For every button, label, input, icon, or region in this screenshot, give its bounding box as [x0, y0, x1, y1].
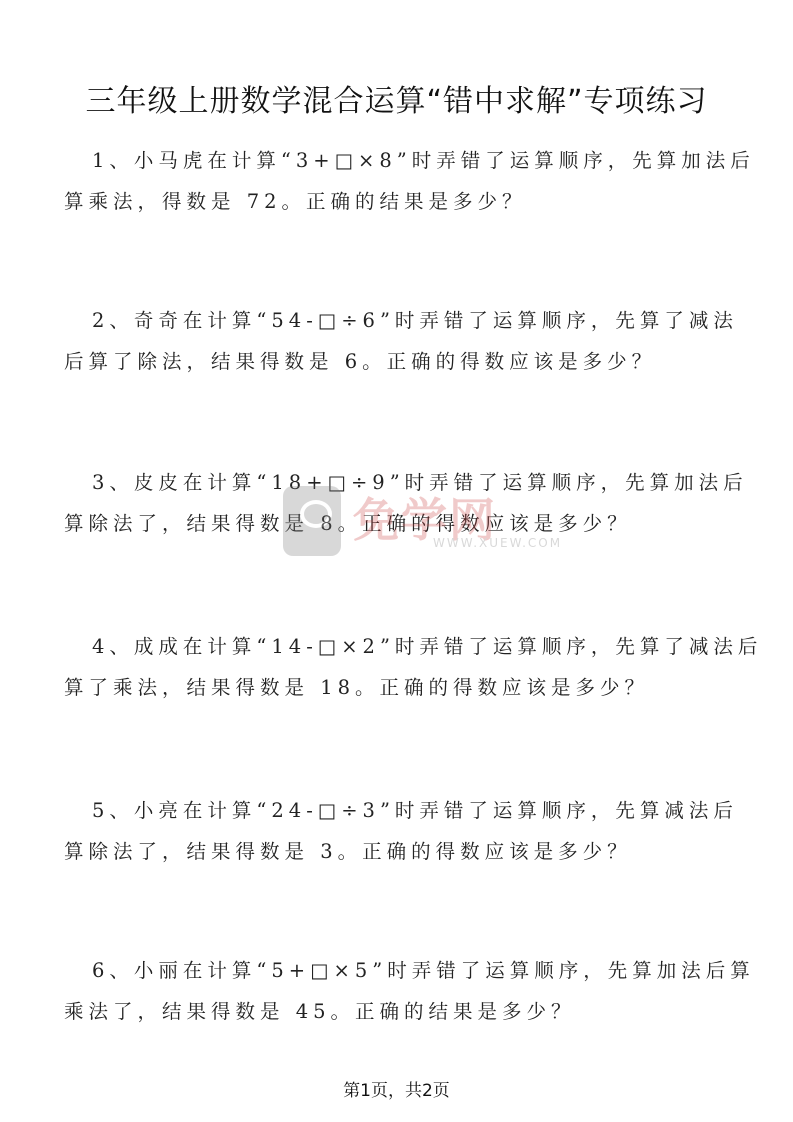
question-1: 1、小马虎在计算“3+□×8”时弄错了运算顺序，先算加法后 算乘法，得数是 72…: [64, 140, 732, 222]
question-text: 2、奇奇在计算“54-□÷6”时弄错了运算顺序，先算了减法: [64, 300, 732, 341]
question-text: 乘法了，结果得数是 45。正确的结果是多少？: [64, 991, 732, 1032]
page-title: 三年级上册数学混合运算“错中求解”专项练习: [0, 76, 793, 120]
question-text: 3、皮皮在计算“18+□÷9”时弄错了运算顺序，先算加法后: [64, 462, 732, 503]
question-text: 6、小丽在计算“5+□×5”时弄错了运算顺序，先算加法后算: [64, 950, 732, 991]
question-text: 1、小马虎在计算“3+□×8”时弄错了运算顺序，先算加法后: [64, 140, 732, 181]
question-text: 算乘法，得数是 72。正确的结果是多少？: [64, 181, 732, 222]
question-4: 4、成成在计算“14-□×2”时弄错了运算顺序，先算了减法后 算了乘法，结果得数…: [64, 626, 732, 708]
question-5: 5、小亮在计算“24-□÷3”时弄错了运算顺序，先算减法后 算除法了，结果得数是…: [64, 790, 732, 872]
question-6: 6、小丽在计算“5+□×5”时弄错了运算顺序，先算加法后算 乘法了，结果得数是 …: [64, 950, 732, 1032]
question-text: 后算了除法，结果得数是 6。正确的得数应该是多少？: [64, 341, 732, 382]
question-text: 算了乘法，结果得数是 18。正确的得数应该是多少？: [64, 667, 732, 708]
question-3: 3、皮皮在计算“18+□÷9”时弄错了运算顺序，先算加法后 算除法了，结果得数是…: [64, 462, 732, 544]
question-text: 算除法了，结果得数是 8。正确的得数应该是多少？: [64, 503, 732, 544]
question-text: 4、成成在计算“14-□×2”时弄错了运算顺序，先算了减法后: [64, 626, 732, 667]
question-text: 5、小亮在计算“24-□÷3”时弄错了运算顺序，先算减法后: [64, 790, 732, 831]
question-text: 算除法了，结果得数是 3。正确的得数应该是多少？: [64, 831, 732, 872]
page-number: 第1页，共2页: [0, 1076, 793, 1101]
question-2: 2、奇奇在计算“54-□÷6”时弄错了运算顺序，先算了减法 后算了除法，结果得数…: [64, 300, 732, 382]
